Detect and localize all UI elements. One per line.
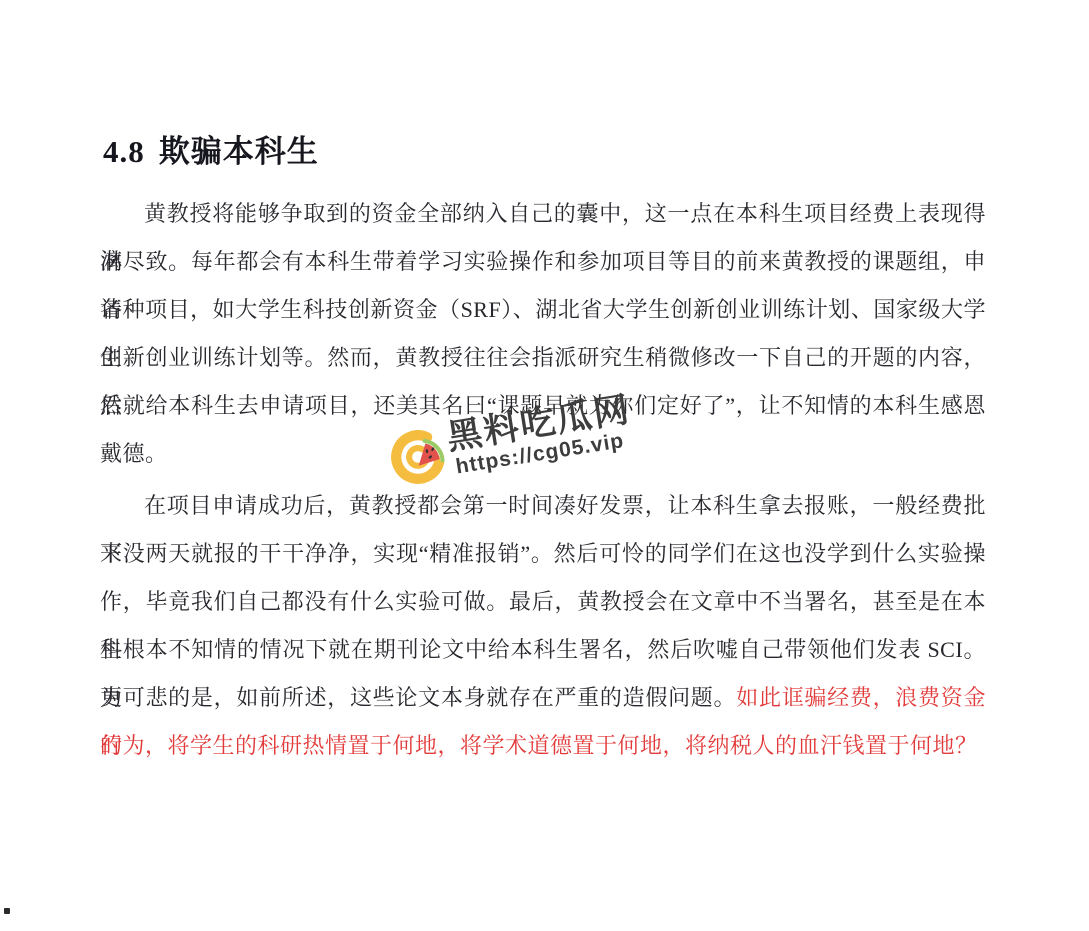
section-heading: 4.8欺骗本科生 bbox=[103, 126, 319, 171]
paragraph-1: 黄教授将能够争取到的资金全部纳入自己的囊中，这一点在本科生项目经费上表现得淋 漓… bbox=[100, 190, 986, 478]
paragraph-2-line-red: 行为，将学生的科研热情置于何地，将学术道德置于何地，将纳税人的血汗钱置于何地？ bbox=[100, 722, 986, 770]
document-page: 4.8欺骗本科生 黄教授将能够争取到的资金全部纳入自己的囊中，这一点在本科生项目… bbox=[0, 0, 1089, 931]
paragraph-2-line: 来没两天就报的干干净净，实现“精准报销”。然后可怜的同学们在这也没学到什么实验操 bbox=[100, 530, 986, 578]
paragraph-1-line: 戴德。 bbox=[100, 430, 986, 478]
paragraph-1-line: 创新创业训练计划等。然而，黄教授往往会指派研究生稍微修改一下自己的开题的内容，然 bbox=[100, 334, 986, 382]
paragraph-2-line: 为可悲的是，如前所述，这些论文本身就存在严重的造假问题。如此诓骗经费，浪费资金的 bbox=[100, 674, 986, 722]
paragraph-1-line: 漓尽致。每年都会有本科生带着学习实验操作和参加项目等目的前来黄教授的课题组，申请 bbox=[100, 238, 986, 286]
paragraph-2-line-black-run: 为可悲的是，如前所述，这些论文本身就存在严重的造假问题。 bbox=[100, 685, 736, 710]
paragraph-1-line: 黄教授将能够争取到的资金全部纳入自己的囊中，这一点在本科生项目经费上表现得淋 bbox=[100, 190, 986, 238]
paragraph-2: 在项目申请成功后，黄教授都会第一时间凑好发票，让本科生拿去报账，一般经费批下 来… bbox=[100, 482, 986, 770]
paragraph-1-line: 后就给本科生去申请项目，还美其名曰“课题早就为你们定好了”，让不知情的本科生感恩 bbox=[100, 382, 986, 430]
scan-artifact-dot bbox=[4, 908, 10, 914]
section-title: 欺骗本科生 bbox=[159, 134, 319, 169]
paragraph-2-line: 生根本不知情的情况下就在期刊论文中给本科生署名，然后吹嘘自己带领他们发表 SCI… bbox=[100, 626, 986, 674]
paragraph-2-line: 作，毕竟我们自己都没有什么实验可做。最后，黄教授会在文章中不当署名，甚至是在本科 bbox=[100, 578, 986, 626]
section-number: 4.8 bbox=[103, 134, 145, 169]
paragraph-1-line: 各种项目，如大学生科技创新资金（SRF）、湖北省大学生创新创业训练计划、国家级大… bbox=[100, 286, 986, 334]
paragraph-2-line: 在项目申请成功后，黄教授都会第一时间凑好发票，让本科生拿去报账，一般经费批下 bbox=[100, 482, 986, 530]
